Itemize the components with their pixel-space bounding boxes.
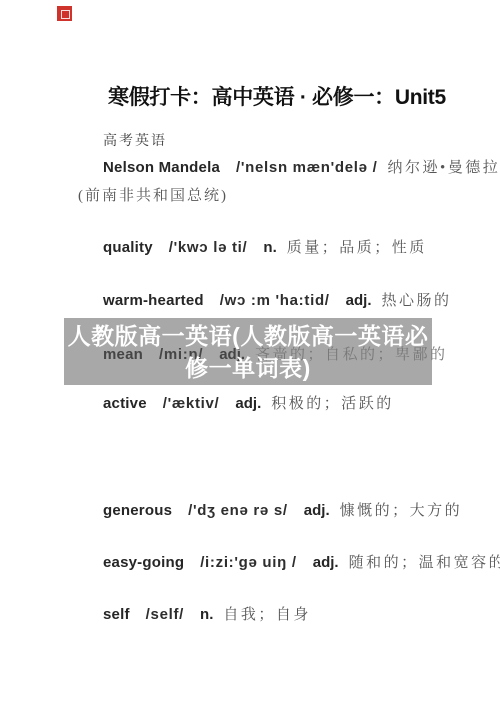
vocab-phonetic: /'nelsn mæn'delə / xyxy=(236,159,377,176)
vocab-row: generous /'dʒ enə rə s/ adj. 慷慨的；大方的 xyxy=(103,499,462,520)
vocab-meaning: 纳尔逊•曼德拉 xyxy=(387,156,500,177)
vocab-word: easy-going xyxy=(103,554,184,571)
vocab-meaning: 自我；自身 xyxy=(223,603,311,624)
document-page: 寒假打卡：高中英语 · 必修一：Unit5 高考英语 Nelson Mandel… xyxy=(0,0,500,706)
vocab-phonetic: /'kwɔ lə ti/ xyxy=(169,239,248,256)
vocab-pos: adj. xyxy=(235,395,261,412)
vocab-row: active /'æktiv/ adj. 积极的；活跃的 xyxy=(103,392,394,413)
vocab-pos: n. xyxy=(263,239,276,256)
vocab-row: self /self/ n. 自我；自身 xyxy=(103,603,311,624)
vocab-word: quality xyxy=(103,239,153,256)
vocab-meaning-continued: (前南非共和国总统) xyxy=(78,184,228,205)
vocab-pos: adj. xyxy=(346,292,372,309)
vocab-row: quality /'kwɔ lə ti/ n. 质量；品质；性质 xyxy=(103,236,427,257)
red-stamp-icon xyxy=(57,6,72,21)
watermark-line1: 人教版高一英语(人教版高一英语必 xyxy=(68,320,429,352)
vocab-meaning: 积极的；活跃的 xyxy=(271,392,394,413)
vocab-row: Nelson Mandela /'nelsn mæn'delə / 纳尔逊•曼德… xyxy=(103,156,500,177)
watermark-line2: 修一单词表) xyxy=(185,352,311,384)
vocab-word: warm-hearted xyxy=(103,292,204,309)
vocab-pos: adj. xyxy=(313,554,339,571)
vocab-meaning: 质量；品质；性质 xyxy=(287,236,427,257)
vocab-phonetic: /wɔ :m 'ha:tid/ xyxy=(220,292,330,309)
page-title: 寒假打卡：高中英语 · 必修一：Unit5 xyxy=(108,81,500,111)
watermark-text: 人教版高一英语(人教版高一英语必 修一单词表) xyxy=(54,318,442,385)
vocab-pos: adj. xyxy=(304,502,330,519)
vocab-meaning: 慷慨的；大方的 xyxy=(340,499,463,520)
vocab-pos: n. xyxy=(200,606,213,623)
vocab-meaning: 热心肠的 xyxy=(382,289,452,310)
vocab-word: active xyxy=(103,395,147,412)
vocab-phonetic: /'æktiv/ xyxy=(163,395,220,412)
vocab-phonetic: /'dʒ enə rə s/ xyxy=(188,502,288,519)
vocab-phonetic: /i:zi:'gə uiŋ / xyxy=(200,554,297,571)
vocab-word: Nelson Mandela xyxy=(103,159,220,176)
section-label: 高考英语 xyxy=(103,130,167,150)
vocab-meaning: 随和的；温和宽容的 xyxy=(349,551,500,572)
vocab-row: warm-hearted /wɔ :m 'ha:tid/ adj. 热心肠的 xyxy=(103,289,452,310)
vocab-phonetic: /self/ xyxy=(146,606,184,623)
vocab-row: easy-going /i:zi:'gə uiŋ / adj. 随和的；温和宽容… xyxy=(103,551,500,572)
vocab-word: generous xyxy=(103,502,172,519)
vocab-word: self xyxy=(103,606,130,623)
